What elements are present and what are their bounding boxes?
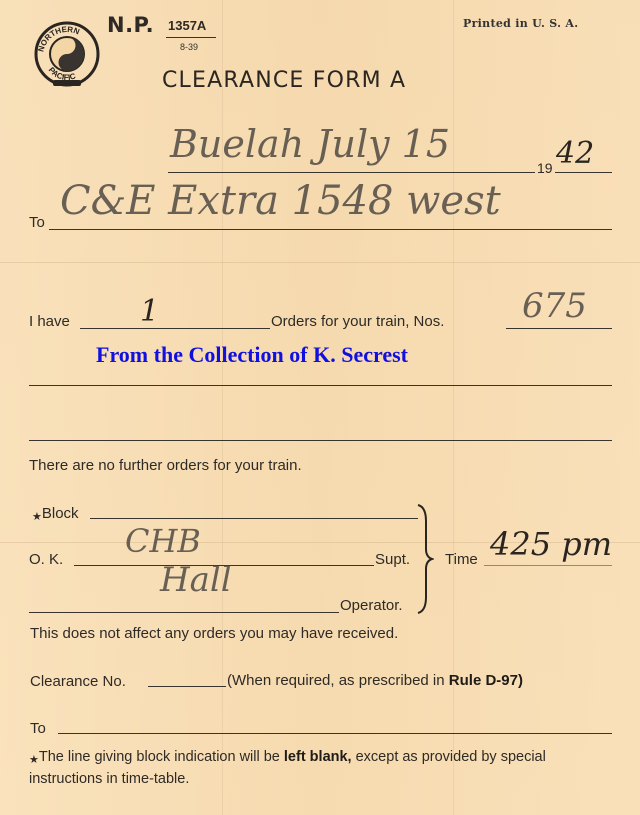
orders-label: Orders for your train, Nos. xyxy=(271,313,444,330)
supt-initials-field[interactable]: CHB xyxy=(125,522,201,560)
to-bottom-label: To xyxy=(30,720,46,737)
order-count-field[interactable]: 1 xyxy=(140,294,159,329)
year-prefix: 19 xyxy=(537,160,553,176)
time-field[interactable]: 425 pm xyxy=(490,525,612,563)
to-field[interactable]: C&E Extra 1548 west xyxy=(60,178,501,224)
block-underline[interactable] xyxy=(90,518,418,519)
paper-fold xyxy=(453,0,454,815)
to-underline xyxy=(49,229,612,230)
no-further-orders-text: There are no further orders for your tra… xyxy=(29,457,302,474)
footnote: ★The line giving block indication will b… xyxy=(29,748,619,789)
block-label: ★Block xyxy=(32,505,79,523)
railroad-abbreviation: N.P. xyxy=(107,13,154,37)
date-underline xyxy=(168,172,535,173)
order-count-underline xyxy=(80,328,270,329)
star-icon: ★ xyxy=(32,511,42,523)
star-icon: ★ xyxy=(29,754,39,766)
supt-label: Supt. xyxy=(375,551,410,568)
collection-watermark: From the Collection of K. Secrest xyxy=(96,342,408,368)
to-bottom-underline[interactable] xyxy=(58,733,612,734)
printed-in-label: Printed in U. S. A. xyxy=(463,17,578,30)
place-date-field[interactable]: Buelah July 15 xyxy=(170,122,450,166)
brace-icon xyxy=(416,503,434,615)
clearance-no-label: Clearance No. xyxy=(30,673,126,690)
blank-order-line[interactable] xyxy=(29,385,612,386)
time-underline xyxy=(484,565,612,566)
time-label: Time xyxy=(445,551,478,568)
clearance-no-underline[interactable] xyxy=(148,686,226,687)
i-have-label: I have xyxy=(29,313,70,330)
northern-pacific-logo-icon: NORTHERN PACIFIC xyxy=(33,20,101,88)
form-number: 1357A xyxy=(168,18,206,33)
year-field[interactable]: 42 xyxy=(556,136,594,171)
train-nos-underline xyxy=(506,328,612,329)
clearance-note: (When required, as prescribed in Rule D-… xyxy=(227,672,523,689)
ok-label: O. K. xyxy=(29,551,63,568)
form-revision: 8-39 xyxy=(180,42,198,52)
operator-label: Operator. xyxy=(340,597,403,614)
operator-signature-field[interactable]: Hall xyxy=(160,560,232,600)
train-nos-field[interactable]: 675 xyxy=(522,286,587,326)
divider xyxy=(166,37,216,38)
year-underline xyxy=(555,172,612,173)
to-label: To xyxy=(29,214,45,231)
blank-order-line[interactable] xyxy=(29,440,612,441)
paper-fold xyxy=(0,262,640,263)
form-title: CLEARANCE FORM A xyxy=(162,68,406,93)
operator-underline xyxy=(29,612,339,613)
disclaimer-text: This does not affect any orders you may … xyxy=(30,625,398,642)
